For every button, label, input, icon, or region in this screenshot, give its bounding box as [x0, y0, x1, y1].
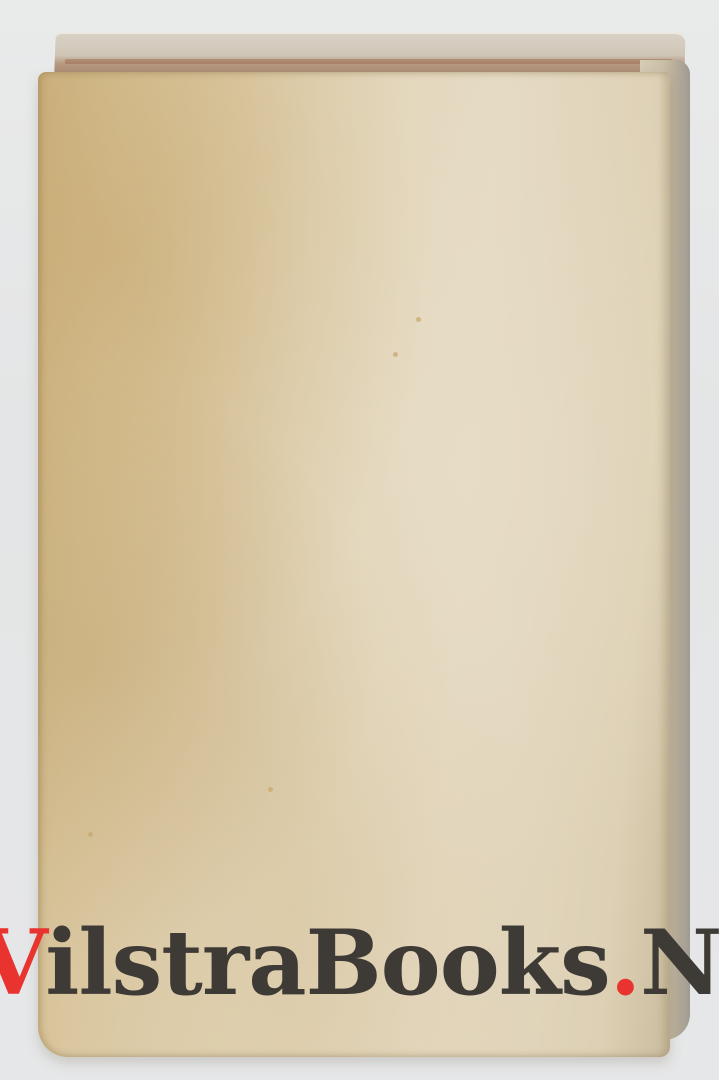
watermark-first-letter: V [0, 910, 45, 1016]
photo-scene: VilstraBooks.N [0, 0, 719, 1080]
stain-speck [268, 787, 273, 792]
watermark-text: VilstraBooks.N [0, 918, 719, 1008]
book-top-edge [54, 32, 685, 74]
stain-speck [393, 352, 398, 357]
watermark-dot: . [610, 910, 640, 1016]
stain-speck [416, 317, 421, 322]
stain-speck [88, 832, 93, 837]
watermark-last: N [640, 910, 719, 1016]
watermark-middle: ilstraBooks [45, 910, 610, 1016]
